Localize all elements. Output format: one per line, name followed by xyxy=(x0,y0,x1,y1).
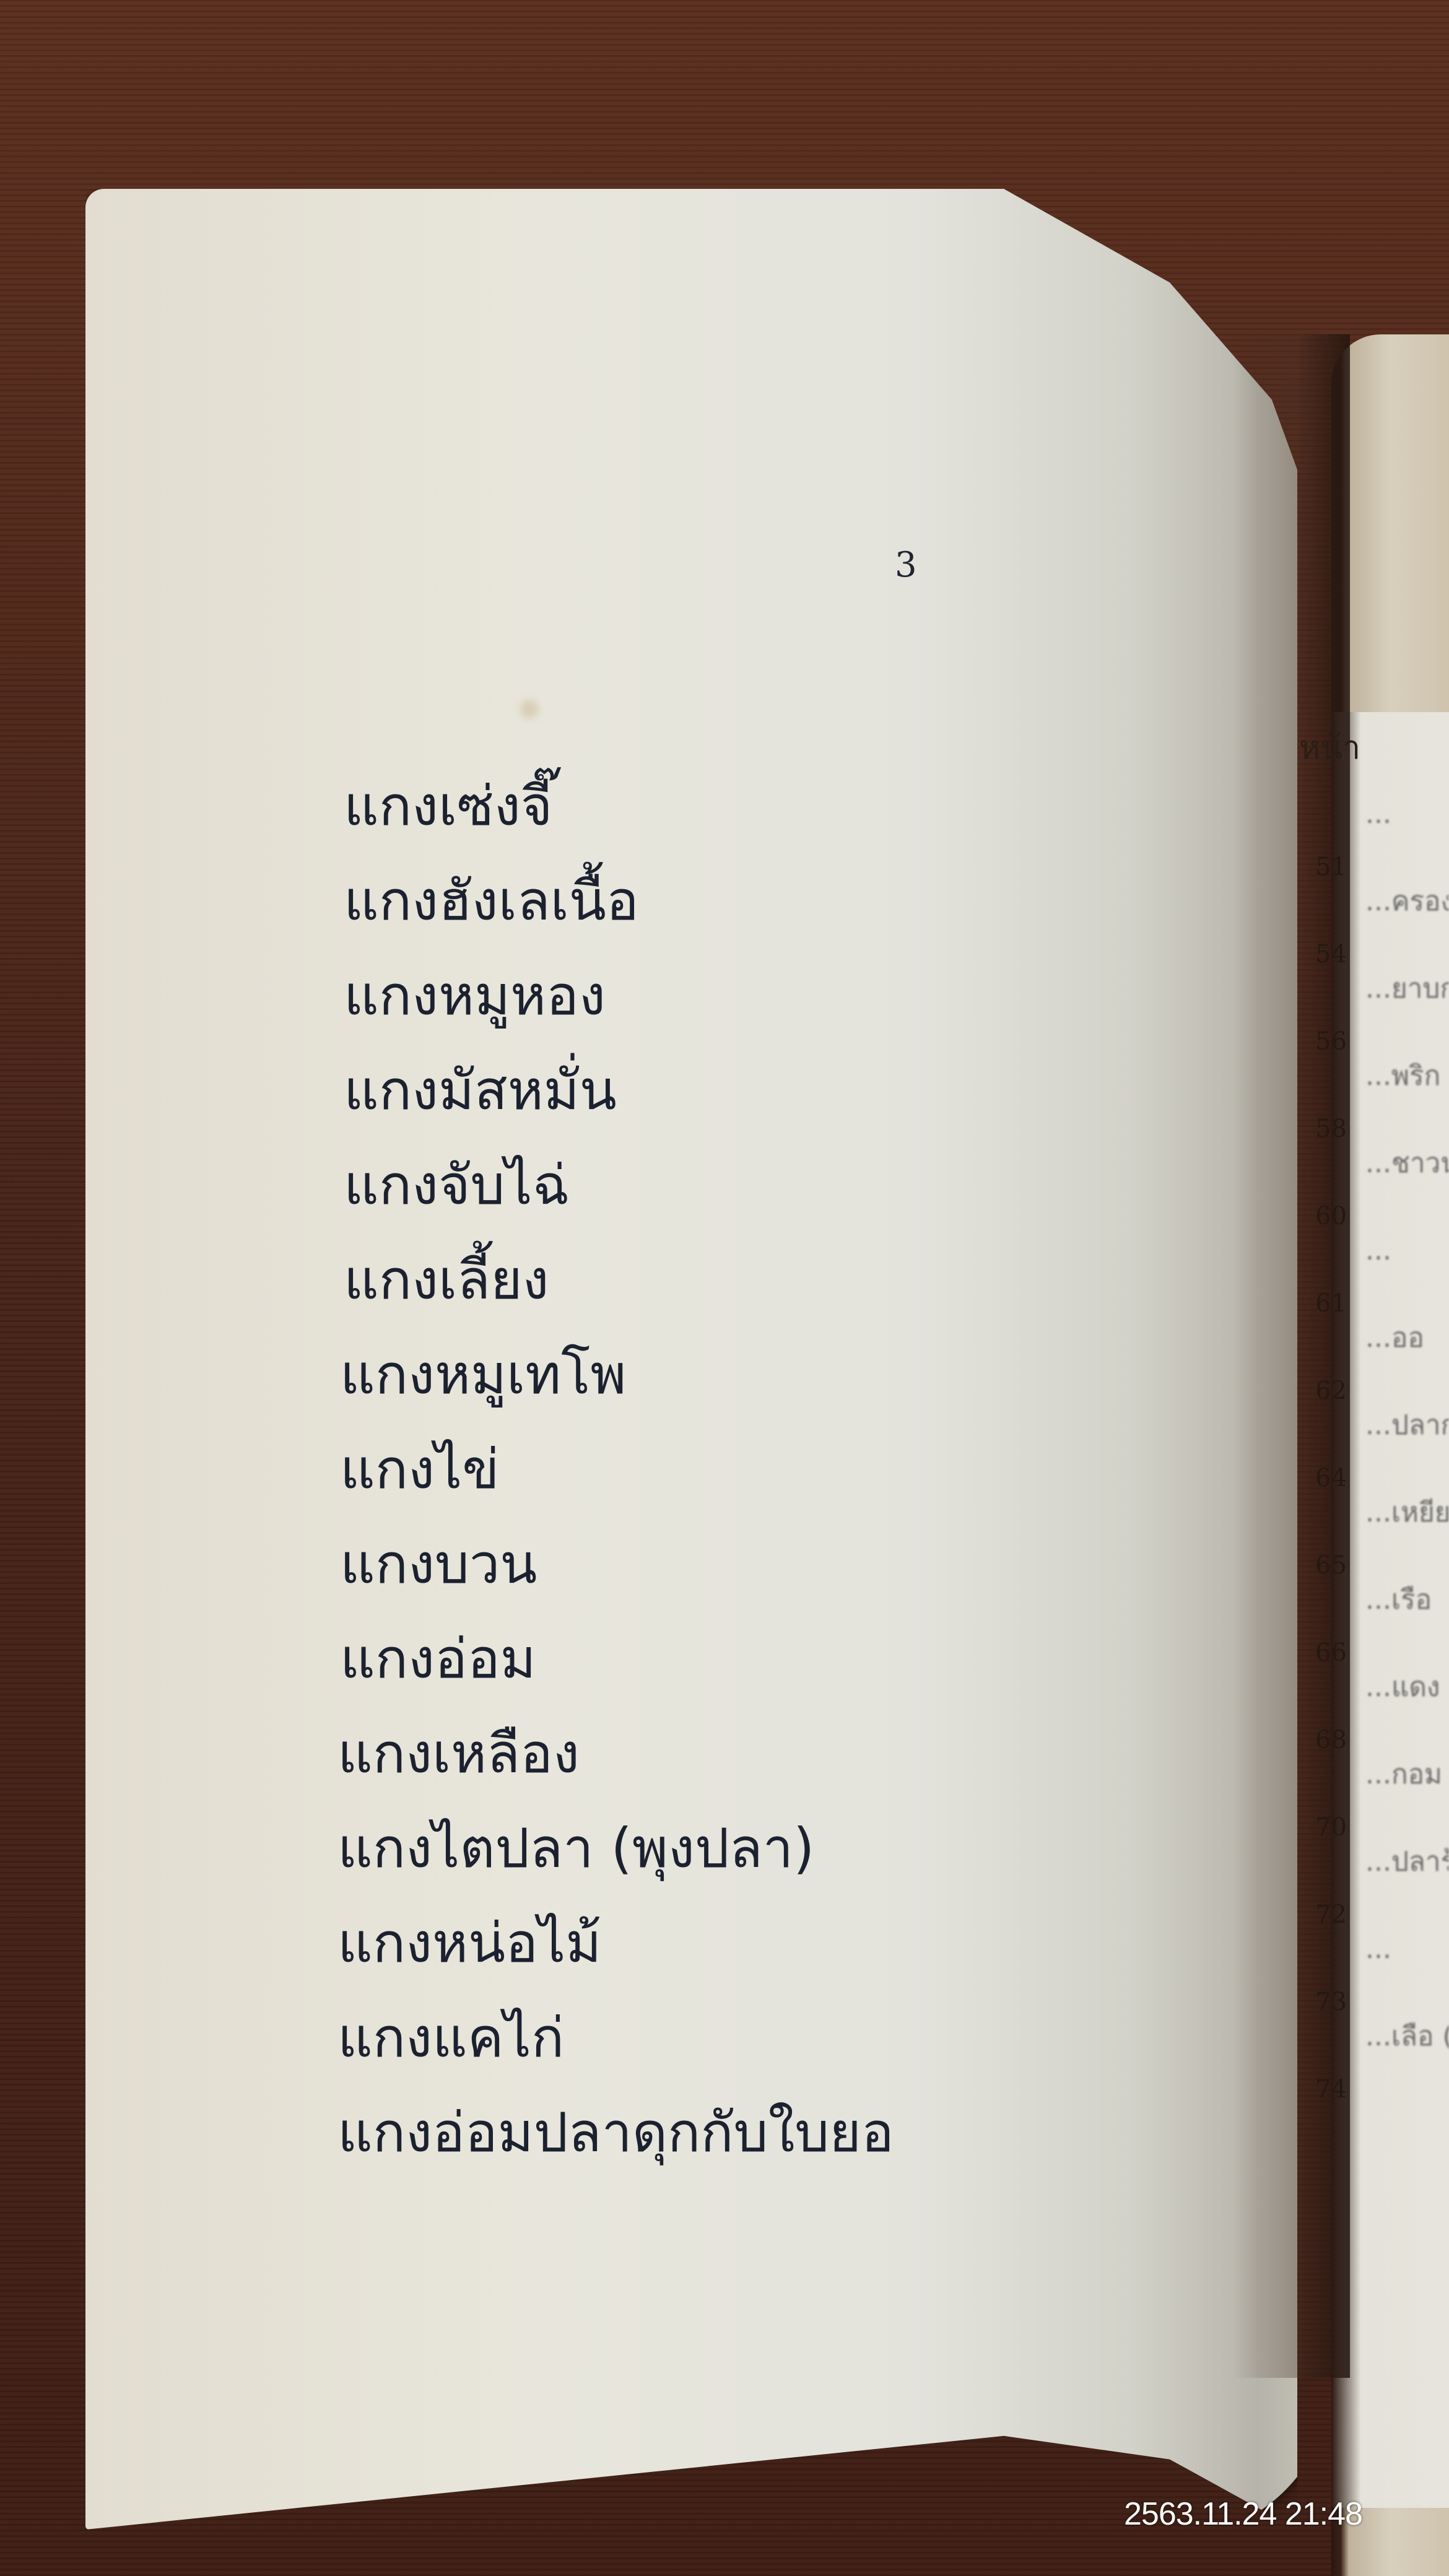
adjacent-page-entries: ... ...ครองสด ...ยาบก ...พริก ...ชาวนา .… xyxy=(1365,796,1449,2105)
partial-entry: ...ปลากรอบ xyxy=(1365,1407,1449,1494)
toc-page-number: 51 xyxy=(1291,855,1347,942)
toc-page-number: 74 xyxy=(1291,2077,1347,2164)
partial-entry: ...แดง xyxy=(1365,1669,1449,1756)
partial-entry: ... xyxy=(1365,1232,1449,1320)
toc-page-number: 72 xyxy=(1291,1902,1347,1990)
toc-page-number: 73 xyxy=(1291,1990,1347,2077)
toc-entry: แกงแคไก่ xyxy=(337,1990,894,2085)
toc-list: แกงเซ่งจี๊ แกงฮังเลเนื้อ แกงหมูหอง แกงมั… xyxy=(344,759,894,2180)
photo-timestamp: 2563.11.24 21:48 xyxy=(1124,2495,1362,2533)
toc-page-number: 62 xyxy=(1291,1378,1347,1466)
partial-entry: ...ครองสด xyxy=(1365,883,1449,970)
toc-page-number: 60 xyxy=(1291,1204,1347,1291)
toc-entry: แกงไตปลา (พุงปลา) xyxy=(337,1801,894,1895)
toc-entry: แกงเซ่งจี๊ xyxy=(344,759,894,853)
page-number: 3 xyxy=(895,545,917,585)
toc-entry: แกงเลี้ยง xyxy=(344,1232,894,1327)
toc-page-number: 68 xyxy=(1291,1728,1347,1815)
toc-entry: แกงอ่อมปลาดุกกับใบยอ xyxy=(337,2085,894,2180)
partial-entry: ...กอม xyxy=(1365,1756,1449,1843)
partial-entry: ...ชาวนา xyxy=(1365,1145,1449,1232)
partial-entry: ...ปลาร้า xyxy=(1365,1843,1449,1931)
toc-entry: แกงหน่อไม้ xyxy=(337,1895,894,1990)
partial-entry: ... xyxy=(1365,1931,1449,2018)
partial-entry: ...เหยียบ xyxy=(1365,1494,1449,1582)
paper-stain xyxy=(520,700,539,718)
toc-page-number: 61 xyxy=(1291,1291,1347,1378)
toc-page-number: 58 xyxy=(1291,1116,1347,1204)
toc-entry: แกงจับไฉ่ xyxy=(344,1138,894,1232)
partial-entry: ...พริก xyxy=(1365,1058,1449,1145)
partial-entry: ...ยาบก xyxy=(1365,970,1449,1058)
toc-page-number: 56 xyxy=(1291,1029,1347,1116)
toc-entry: แกงหมูหอง xyxy=(344,948,894,1043)
toc-page-number: 64 xyxy=(1291,1466,1347,1553)
page-number-column: 51 54 56 58 60 61 62 64 65 66 68 70 72 7… xyxy=(1291,855,1347,2164)
toc-page-number: 54 xyxy=(1291,942,1347,1029)
toc-entry: แกงฮังเลเนื้อ xyxy=(344,853,894,948)
toc-entry: แกงบวน xyxy=(340,1516,894,1611)
toc-page-number: 66 xyxy=(1291,1640,1347,1728)
toc-entry: แกงมัสหมั่น xyxy=(344,1043,894,1138)
page-column-header: หน้า xyxy=(1299,721,1360,773)
toc-entry: แกงหมูเทโพ xyxy=(340,1327,894,1422)
toc-entry: แกงอ่อม xyxy=(340,1611,894,1706)
partial-entry: ...เลือ (มะพ xyxy=(1365,2018,1449,2105)
partial-entry: ...เรือ xyxy=(1365,1582,1449,1669)
partial-entry: ...ออ xyxy=(1365,1320,1449,1407)
toc-entry: แกงไข่ xyxy=(340,1422,894,1516)
toc-entry: แกงเหลือง xyxy=(337,1706,894,1801)
toc-page-number: 65 xyxy=(1291,1553,1347,1640)
partial-entry: ... xyxy=(1365,796,1449,883)
toc-page-number: 70 xyxy=(1291,1815,1347,1902)
